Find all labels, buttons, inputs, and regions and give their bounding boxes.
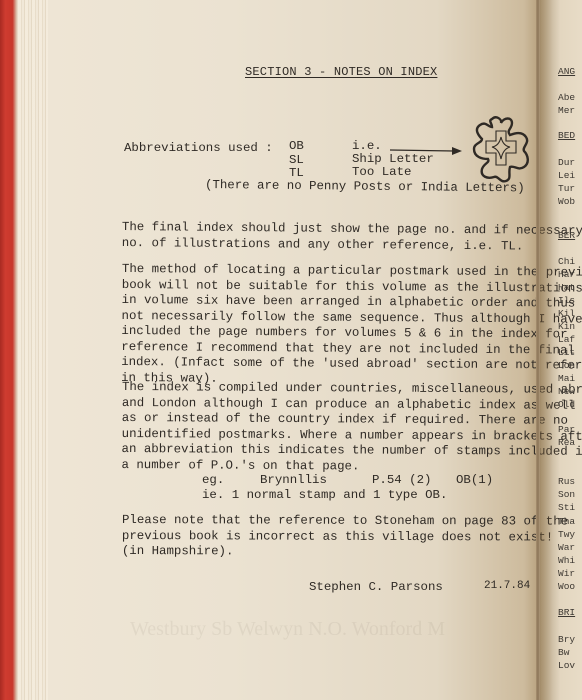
text-line: an abbreviation this indicates the numbe… — [122, 442, 542, 460]
paragraph-index-compilation: The index is compiled under countries, m… — [121, 380, 542, 476]
facing-page-entry: Tur — [558, 183, 575, 194]
facing-page-entry: Lei — [558, 170, 575, 181]
facing-page-entry: Ils — [558, 295, 575, 306]
example-explanation: ie. 1 normal stamp and 1 type OB. — [202, 488, 493, 503]
text-line: previous book is incorrect as this villa… — [122, 528, 542, 545]
example-row: eg.BrynnllisP.54 (2)OB(1) — [202, 473, 493, 488]
abbr-code-tl: TL — [289, 166, 304, 180]
paragraph-stoneham-note: Please note that the reference to Stoneh… — [122, 513, 542, 561]
example-page: P.54 (2) — [372, 473, 456, 488]
facing-page-entry: Lon — [558, 360, 575, 371]
example-place: Brynnllis — [260, 473, 372, 488]
facing-page-entry: Abe — [558, 92, 575, 103]
text-line: no. of illustrations and any other refer… — [122, 235, 542, 254]
maltese-cross-postmark-icon — [470, 113, 532, 183]
left-page: Westbury Sb Welwyn N.O. Wonford M SECTIO… — [0, 0, 536, 700]
abbr-meaning-ob: i.e. — [352, 139, 382, 153]
facing-page-heading: BER — [558, 230, 575, 241]
facing-page-entry: Chi — [558, 256, 575, 267]
abbr-meaning-tl: Too Late — [352, 165, 412, 179]
facing-page-entry: Wob — [558, 196, 575, 207]
facing-page-heading: BRI — [558, 607, 575, 618]
paragraph-locating-method: The method of locating a particular post… — [121, 262, 542, 389]
facing-page: ANG Abe Mer BED Dur Lei Tur Wob BER Chi … — [540, 0, 582, 700]
facing-page-entry: Woo — [558, 581, 575, 592]
facing-page-entry: Bry — [558, 634, 575, 645]
abbr-code-sl: SL — [289, 153, 304, 167]
facing-page-entry: Sti — [558, 502, 575, 513]
facing-page-entry: Hat — [558, 282, 575, 293]
facing-page-entry: Kil — [558, 308, 575, 319]
example-prefix: eg. — [202, 473, 260, 488]
book-photo: Westbury Sb Welwyn N.O. Wonford M SECTIO… — [0, 0, 582, 700]
facing-page-entry: Tha — [558, 516, 575, 527]
abbreviations-note: (There are no Penny Posts or India Lette… — [205, 178, 525, 195]
facing-page-heading: BED — [558, 130, 575, 141]
facing-page-entry: Lit — [558, 347, 575, 358]
example-type: OB(1) — [456, 473, 493, 488]
text-line: (in Hampshire). — [122, 544, 542, 561]
facing-page-entry: Laf — [558, 334, 575, 345]
facing-page-entry: Son — [558, 489, 575, 500]
paragraph-final-index: The final index should just show the pag… — [122, 220, 542, 255]
text-line: Please note that the reference to Stoneh… — [122, 513, 542, 530]
facing-page-entry: Dur — [558, 157, 575, 168]
facing-page-entry: Whi — [558, 555, 575, 566]
abbr-code-ob: OB — [289, 139, 304, 153]
facing-page-entry: Rea — [558, 437, 575, 448]
facing-page-entry: Par — [558, 424, 575, 435]
facing-page-entry: Kin — [558, 321, 575, 332]
facing-page-entry: Mai — [558, 373, 575, 384]
facing-page-entry: Wir — [558, 568, 575, 579]
signature-date: 21.7.84 — [484, 580, 530, 592]
page-title: SECTION 3 - NOTES ON INDEX — [245, 65, 437, 79]
facing-page-entry: Bw — [558, 647, 569, 658]
facing-page-entry: Har — [558, 269, 575, 280]
facing-page-entry: Lov — [558, 660, 575, 671]
signature-name: Stephen C. Parsons — [309, 580, 443, 594]
facing-page-heading: ANG — [558, 66, 575, 77]
facing-page-entry: Mer — [558, 105, 575, 116]
text-line: The index is compiled under countries, m… — [122, 380, 542, 398]
facing-page-entry: Twy — [558, 529, 575, 540]
arrow-icon — [390, 146, 462, 156]
text-line: as or instead of the country index if re… — [122, 411, 542, 429]
facing-page-entry: War — [558, 542, 575, 553]
show-through-text: Westbury Sb Welwyn N.O. Wonford M — [130, 618, 530, 641]
example-entry: eg.BrynnllisP.54 (2)OB(1) ie. 1 normal s… — [202, 473, 493, 503]
facing-page-entry: Rus — [558, 476, 575, 487]
abbreviations-label: Abbreviations used : — [124, 141, 273, 155]
facing-page-entry: New — [558, 386, 575, 397]
facing-page-entry: Old — [558, 399, 575, 410]
